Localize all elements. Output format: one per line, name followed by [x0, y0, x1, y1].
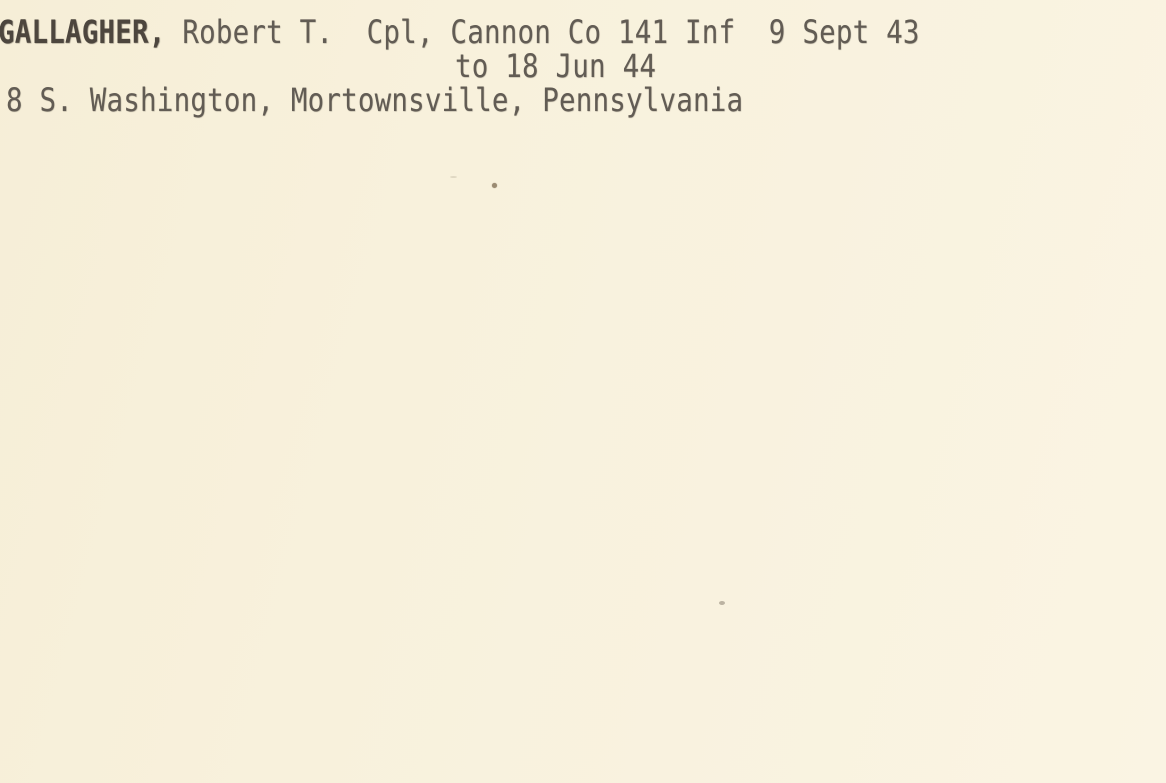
paper-speck	[719, 601, 725, 605]
service-end-date-line: to 18 Jun 44	[455, 49, 656, 84]
service-record-line: GALLAGHER, Robert T. Cpl, Cannon Co 141 …	[0, 15, 920, 50]
index-card: GALLAGHER, Robert T. Cpl, Cannon Co 141 …	[0, 0, 1166, 783]
scanned-card-page: { "card": { "line1_surname": "GALLAGHER,…	[0, 0, 1166, 783]
paper-speck	[492, 183, 497, 188]
paper-speck	[450, 176, 457, 178]
service-details-text: Robert T. Cpl, Cannon Co 141 Inf 9 Sept …	[166, 14, 920, 51]
surname-text: GALLAGHER,	[0, 14, 166, 51]
address-line: 8 S. Washington, Mortownsville, Pennsylv…	[6, 83, 743, 118]
